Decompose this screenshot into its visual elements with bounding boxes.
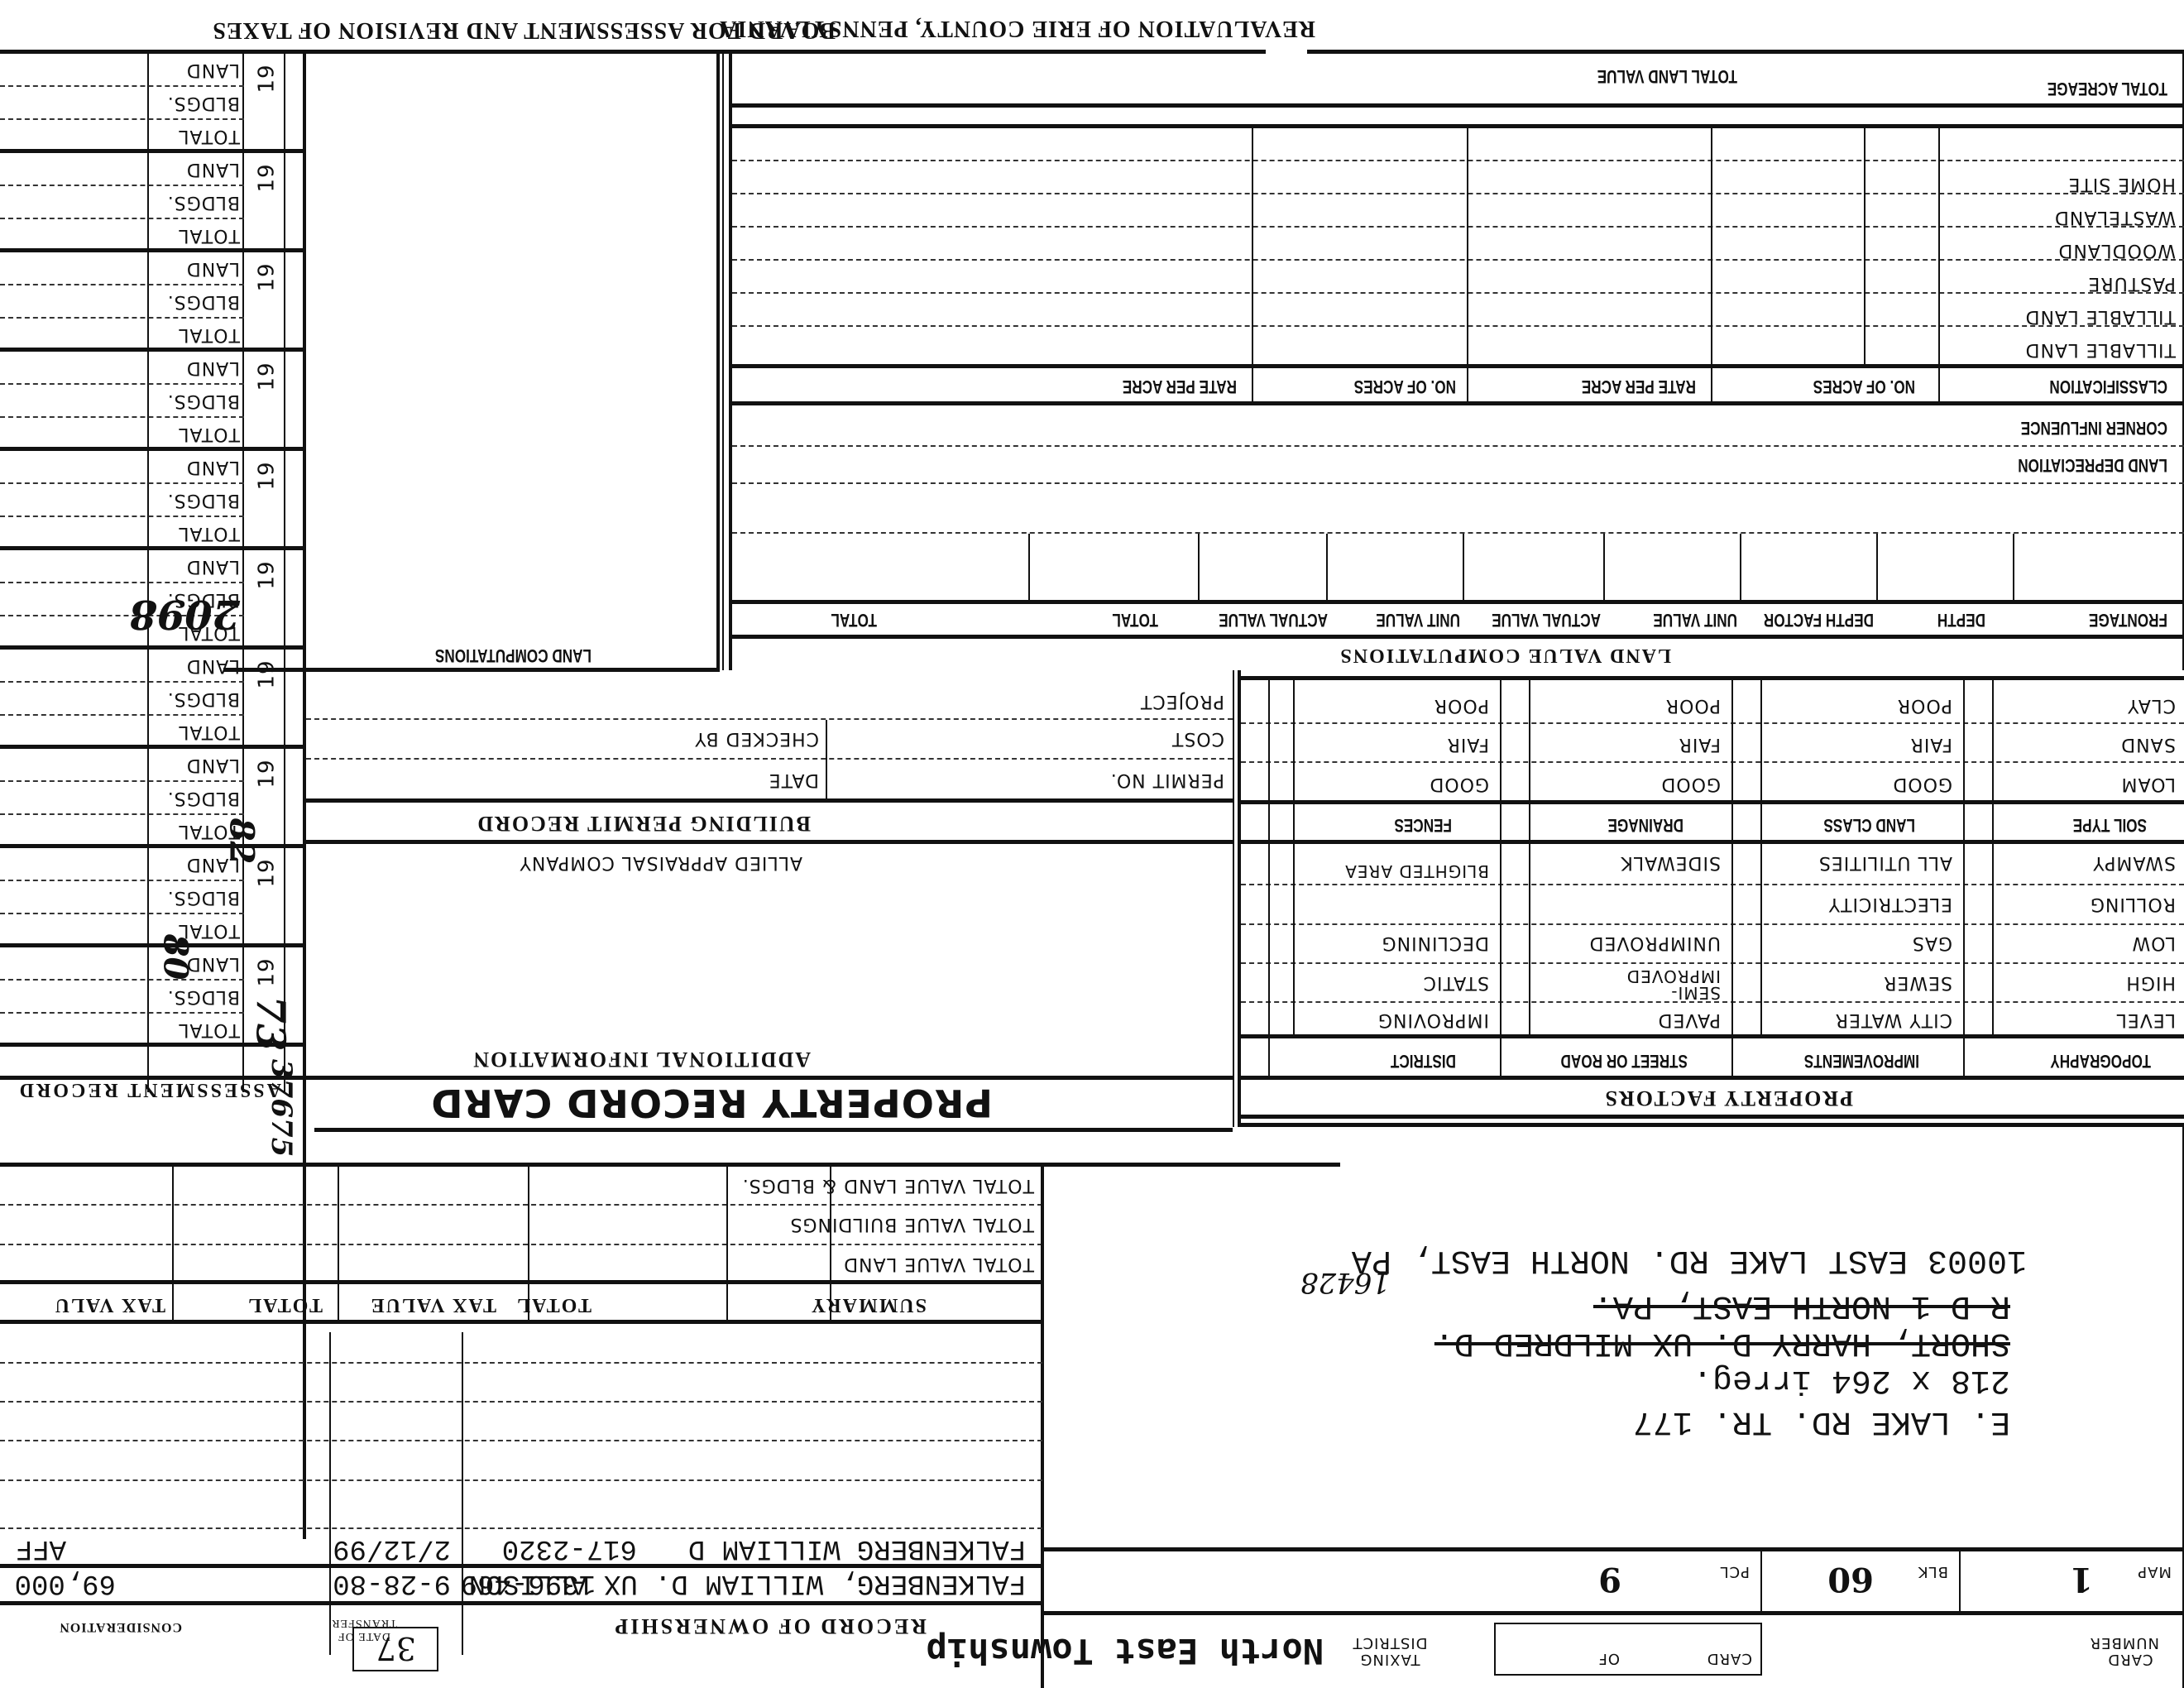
col-total-2: TOTAL [831,609,877,631]
assessment-row-total: TOTAL [178,722,240,742]
assessment-year-73: 73 [247,996,294,1052]
road-semi-improved: SEMI- IMPROVED [1638,968,1721,1001]
drainage-poor: POOR [1665,695,1721,716]
soil-loam: LOAM [2121,774,2176,794]
assessment-row-land: LAND [186,357,240,378]
assessment-year-prefix: 19 [254,461,279,490]
summary-header: SUMMARY [810,1293,927,1316]
assessment-total-value[interactable]: 2098 [129,591,240,637]
header-district: DISTRICT [1391,1050,1456,1072]
permit-cost-label: COST [1171,728,1224,749]
land-class-fair: FAIR [1910,734,1952,755]
col-rate-per-acre-2: RATE PER ACRE [1123,376,1237,397]
allied-appraisal-company: ALLIED APPRAISAL COMPANY [519,852,802,873]
col-unit-value-2: UNIT VALUE [1376,609,1460,631]
row-pasture: PASTURE [2087,273,2176,294]
building-permit-record-title: BUILDING PERMIT RECORD [476,811,811,836]
total-land-value-label: TOTAL LAND VALUE [1597,65,1737,87]
assessment-row-land: LAND [186,655,240,676]
assessment-row-total: TOTAL [178,324,240,345]
card-of-box[interactable]: CARD OF [1494,1623,1762,1676]
assessment-year-prefix: 19 [254,64,279,93]
col-total-1: TOTAL [1112,609,1158,631]
permit-date-label: DATE [769,770,819,790]
assessment-year-82: 82 [223,818,261,865]
drainage-good: GOOD [1660,774,1721,794]
summary-total-header-1: TOTAL [515,1293,591,1316]
header-street-or-road: STREET OR ROAD [1560,1050,1688,1072]
assessment-year-prefix: 19 [254,759,279,788]
assessment-year-prefix: 19 [254,262,279,291]
record-of-ownership-title: RECORD OF OWNERSHIP [612,1614,927,1638]
col-depth: DEPTH [1937,609,1985,631]
col-frontage: FRONTAGE [2089,609,2167,631]
property-dimensions: 218 x 264 irreg. [1693,1361,2010,1398]
assessment-row-total: TOTAL [178,523,240,544]
assessment-row-total: TOTAL [178,1019,240,1040]
col-no-of-acres-1: NO. OF ACRES [1813,376,1915,397]
row-wasteland: WASTELAND [2054,207,2176,228]
assessment-year-prefix: 19 [254,957,279,986]
district-improving: IMPROVING [1377,1009,1489,1030]
topo-high: HIGH [2125,972,2176,993]
topo-level: LEVEL [2116,1009,2176,1030]
road-sidewalk: SIDEWALK [1620,852,1721,873]
permit-no-label: PERMIT NO. [1110,770,1224,790]
row-tillable-land-2: TILLABLE LAND [2025,339,2176,360]
property-address: 10003 EAST LAKE RD. NORTH EAST, PA [1352,1241,2027,1278]
consideration-label: CONSIDERATION [59,1619,182,1634]
land-class-poor: POOR [1897,695,1952,716]
col-depth-factor: DEPTH FACTOR [1764,609,1874,631]
row-home-site: HOME SITE [2067,174,2176,194]
assessment-row-bldgs: BLDGS. [167,192,240,213]
assessment-row-total: TOTAL [178,424,240,444]
row-tillable-land-1: TILLABLE LAND [2025,306,2176,327]
additional-information-note: 37675 [265,1059,298,1157]
summary-total-value-land-bldgs: TOTAL VALUE LAND & BLDGS. [742,1175,1034,1196]
land-depreciation-label: LAND DEPRECIATION [2018,454,2167,476]
pcl-value: 9 [1598,1560,1621,1599]
summary-total-header-2: TOTAL [247,1293,323,1316]
additional-information-title: ADDITIONAL INFORMATION [472,1047,811,1072]
row-woodland: WOODLAND [2057,240,2176,261]
assessment-row-land: LAND [186,159,240,180]
fences-poor: POOR [1434,695,1489,716]
assessment-row-bldgs: BLDGS. [167,887,240,908]
col-unit-value-1: UNIT VALUE [1653,609,1737,631]
of-label: OF [1597,1650,1620,1667]
assessment-row-total: TOTAL [178,126,240,146]
assessment-row-land: LAND [186,60,240,80]
owner-2-date: 2/12/99 [333,1532,451,1564]
assessment-year-prefix: 19 [254,560,279,589]
owner-1-consideration: 69,000 [15,1567,116,1599]
permit-checked-by-label: CHECKED BY [694,728,819,749]
col-classification: CLASSIFICATION [2049,376,2167,397]
land-computations-title: LAND COMPUTATIONS [435,645,591,666]
fences-good: GOOD [1429,774,1489,794]
assessment-year-prefix: 19 [254,362,279,391]
property-factors-title: PROPERTY FACTORS [1604,1086,1853,1110]
assessment-row-bldgs: BLDGS. [167,93,240,113]
assessment-row-land: LAND [186,755,240,775]
header-drainage: DRAINAGE [1607,814,1683,836]
assessment-row-bldgs: BLDGS. [167,788,240,808]
col-actual-value-2: ACTUAL VALUE [1219,609,1328,631]
soil-sand: SAND [2120,734,2176,755]
assessment-row-total: TOTAL [178,225,240,246]
board-title: BOARD FOR ASSESSMENT AND REVISION OF TAX… [212,17,836,43]
card-number-label: CARD NUMBER [2101,1634,2159,1667]
assessment-row-bldgs: BLDGS. [167,986,240,1007]
assessment-row-bldgs: BLDGS. [167,688,240,709]
summary-tax-value-header-1: TAX VALUE [370,1293,496,1316]
map-value: 1 [2070,1560,2093,1599]
property-record-card: REVALUATION OF ERIE COUNTY, PENNSYLVANIA… [0,0,2184,1688]
assessment-row-land: LAND [186,258,240,279]
taxing-district-value: North East Township [927,1631,1324,1671]
blk-label: BLK [1918,1563,1948,1580]
property-record-card-title: PROPERTY RECORD CARD [430,1081,993,1125]
topo-rolling: ROLLING [2090,894,2176,914]
header-land-class: LAND CLASS [1823,814,1915,836]
former-address: R D 1 NORTH EAST, PA. [1593,1287,2010,1324]
col-rate-per-acre-1: RATE PER ACRE [1582,376,1696,397]
assessment-row-bldgs: BLDGS. [167,291,240,312]
assessment-row-land: LAND [186,556,240,577]
blk-value: 60 [1827,1560,1874,1599]
assessment-year-prefix: 19 [254,659,279,688]
topo-swampy: SWAMPY [2092,852,2176,873]
impr-gas: GAS [1912,933,1952,953]
impr-city-water: CITY WATER [1835,1009,1952,1030]
assessment-year-prefix: 19 [254,163,279,192]
assessment-row-land: LAND [186,457,240,477]
district-blighted-area: BLIGHTED AREA [1344,861,1489,881]
owner-1-date: 9-28-80 [333,1567,451,1599]
header-soil-type: SOIL TYPE [2073,814,2147,836]
taxing-district-label: TAXING DISTRICT [1340,1634,1439,1667]
owner-2-consideration: AFF [16,1532,66,1564]
district-declining: DECLINING [1382,933,1489,953]
corner-influence-label: CORNER INFLUENCE [2021,417,2167,439]
land-class-good: GOOD [1892,774,1952,794]
impr-sewer: SEWER [1883,972,1952,993]
impr-all-utilities: ALL UTILITIES [1818,852,1952,873]
impr-electricity: ELECTRICITY [1828,894,1952,914]
col-no-of-acres-2: NO. OF ACRES [1354,376,1456,397]
district-static: STATIC [1423,972,1489,993]
map-label: MAP [2137,1563,2172,1580]
fences-fair: FAIR [1447,734,1489,755]
former-owner: SHORT, HARRY D. UX MILDRED D. [1434,1324,2010,1361]
summary-tax-value-header-2: TAX VALU [54,1293,165,1316]
date-of-transfer-label: DATE OF TRANSFER [310,1616,418,1642]
summary-total-value-buildings: TOTAL VALUE BUILDINGS [790,1214,1034,1235]
permit-project-label: PROJECT [1140,691,1224,712]
owner-2-name: FALKENBERG WILLIAM D [688,1532,1026,1564]
pcl-label: PCL [1720,1563,1750,1580]
land-value-computations-title: LAND VALUE COMPUTATIONS [1339,644,1671,666]
assessment-row-bldgs: BLDGS. [167,391,240,411]
drainage-fair: FAIR [1679,734,1721,755]
col-actual-value-1: ACTUAL VALUE [1492,609,1601,631]
assessment-bldgs-value: 80 [156,934,195,981]
total-acreage-label: TOTAL ACREAGE [2047,78,2167,99]
owner-1-deed: 1396-469 [461,1567,596,1599]
assessment-record-title: ASSESSMENT RECORD [17,1078,281,1101]
soil-clay: CLAY [2127,695,2176,716]
card-label: CARD [1707,1650,1752,1667]
topo-low: LOW [2131,933,2176,953]
header-improvements: IMPROVEMENTS [1804,1050,1919,1072]
road-paved: PAVED [1658,1009,1721,1030]
summary-total-value-land: TOTAL VALUE LAND [843,1254,1034,1274]
road-unimproved: UNIMPROVED [1589,933,1721,953]
assessment-row-bldgs: BLDGS. [167,490,240,511]
owner-2-deed: 617-2320 [502,1532,637,1564]
header-topography: TOPOGRAPHY [2050,1050,2151,1072]
property-location: E. LAKE RD. TR. 177 [1633,1403,2010,1440]
header-fences: FENCES [1394,814,1452,836]
address-annotation: 16428 [1300,1266,1390,1299]
